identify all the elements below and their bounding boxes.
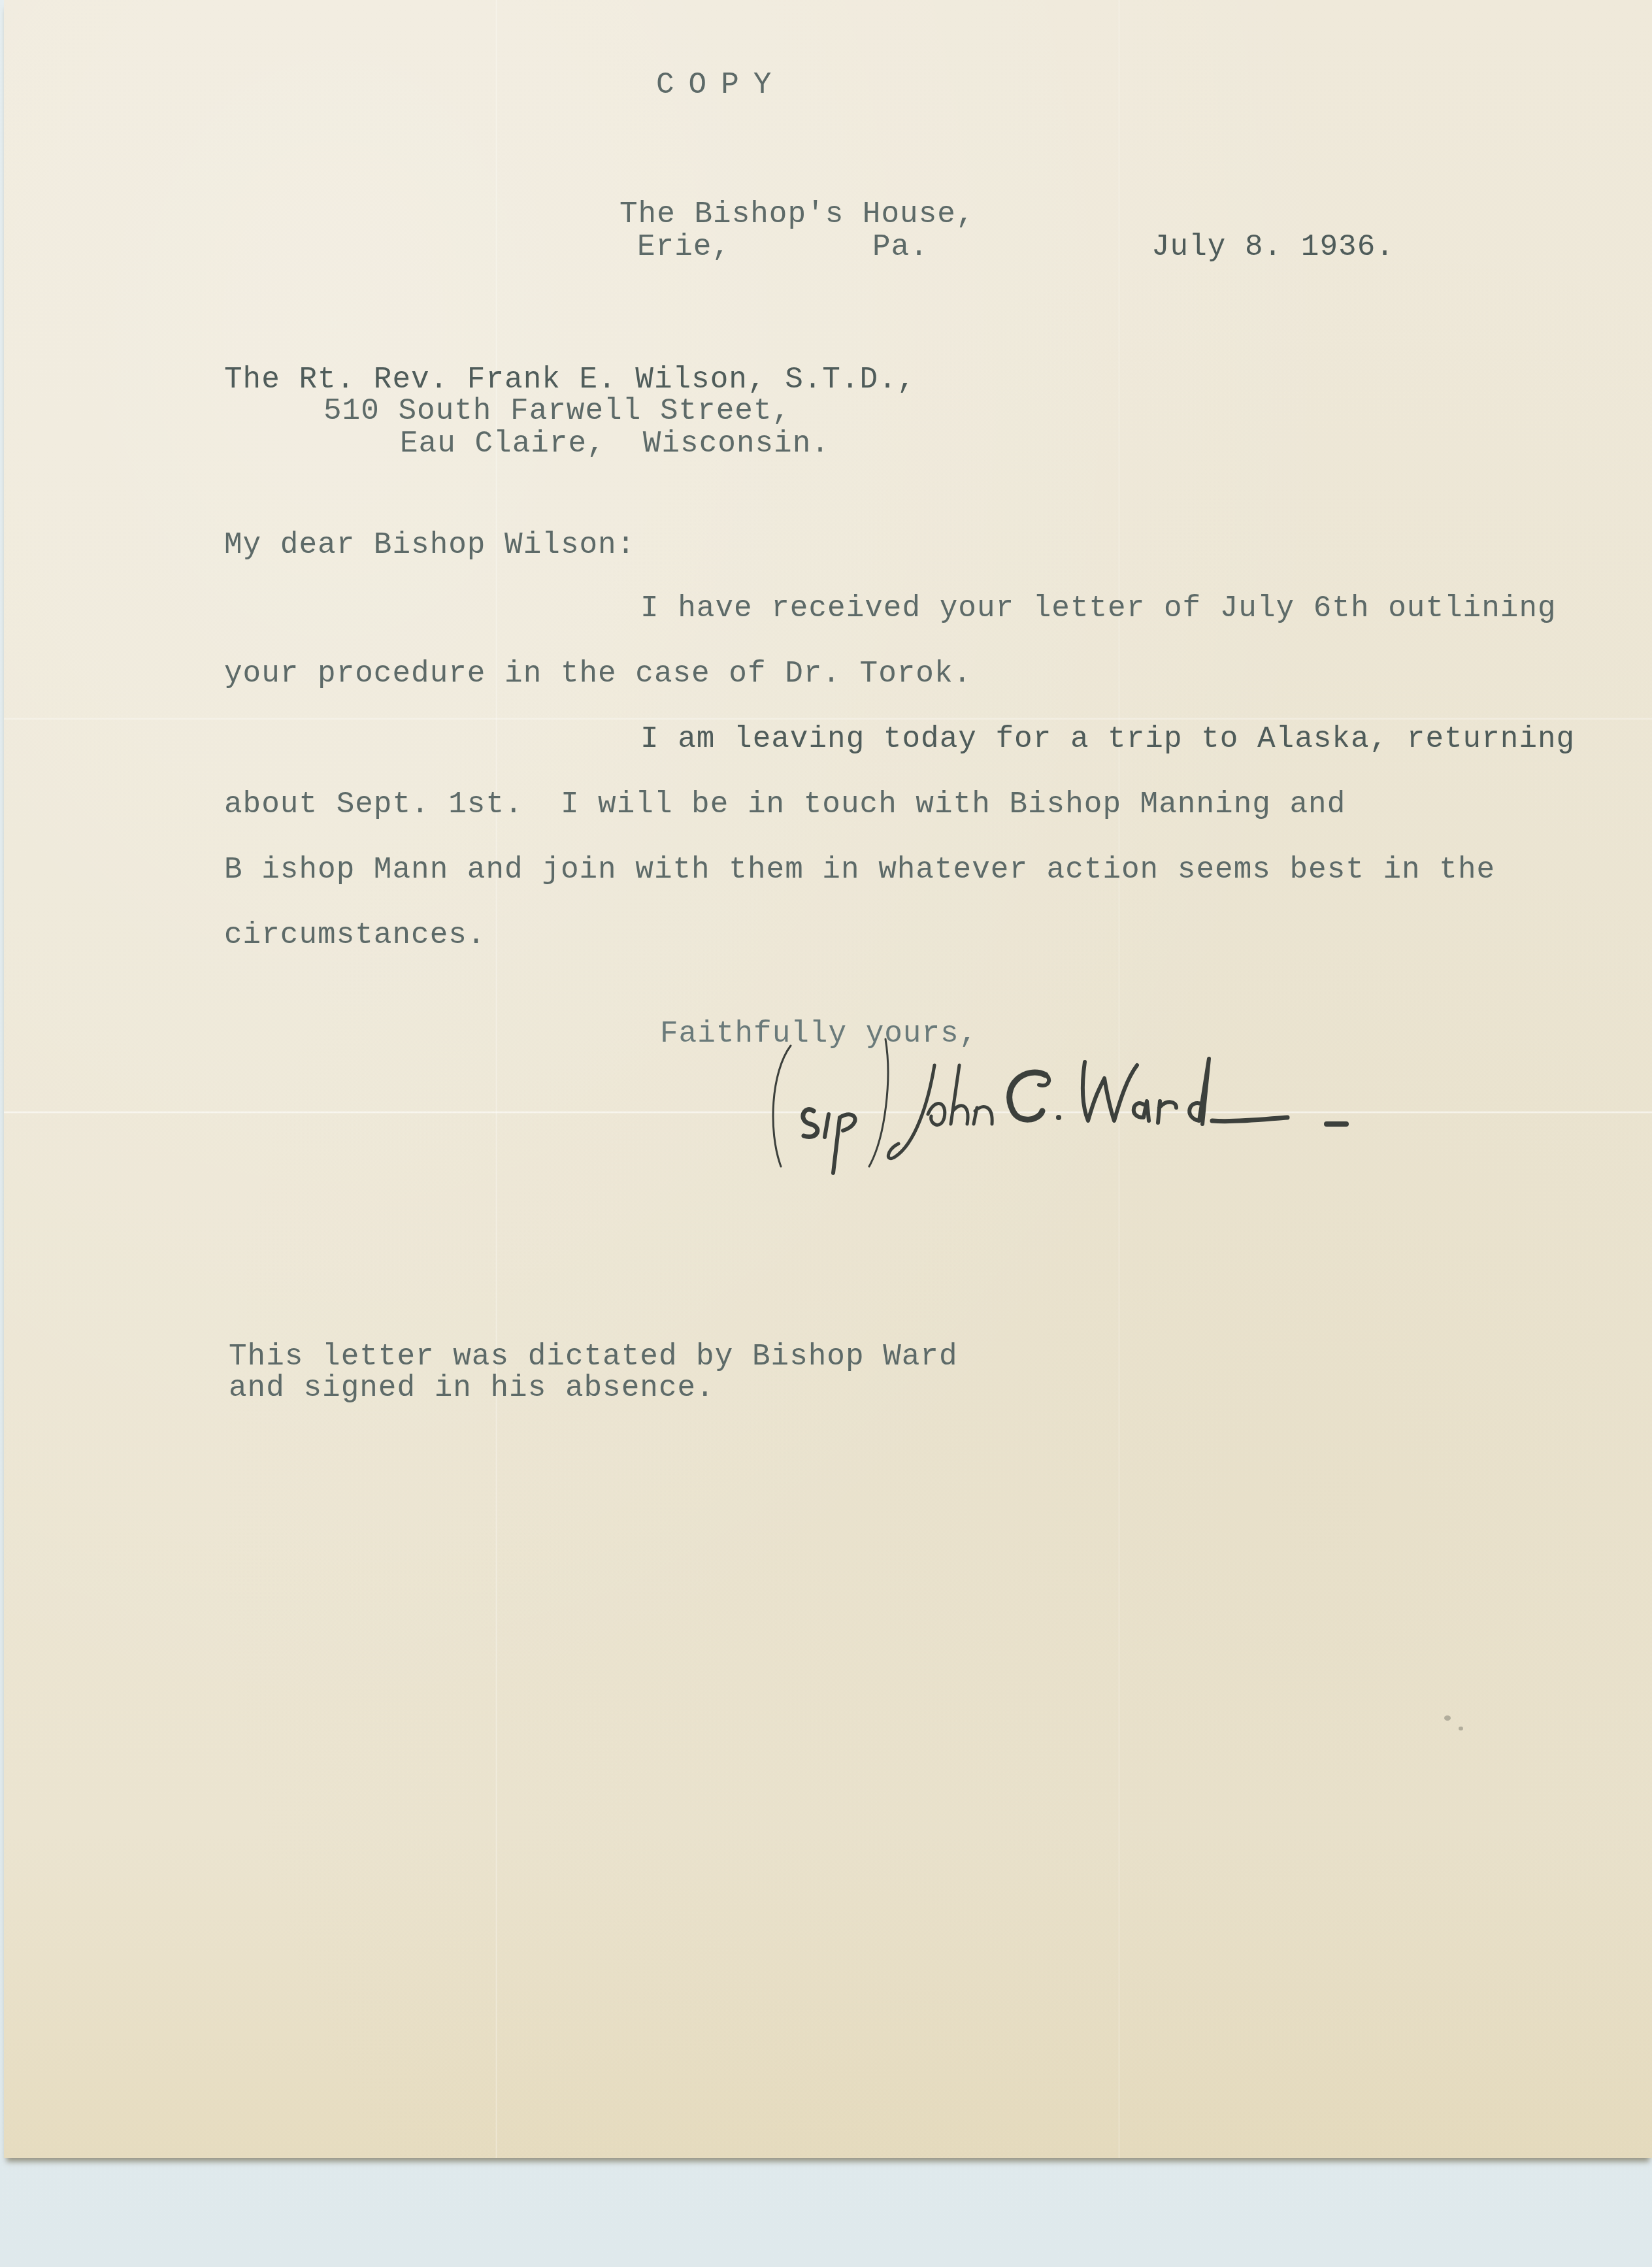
fold-crease-vertical-left xyxy=(495,0,497,2158)
body-paragraph2-line4: circumstances. xyxy=(224,918,486,952)
body-paragraph1-line1: I have received your letter of July 6th … xyxy=(640,591,1557,625)
body-paragraph2-line3: B ishop Mann and join with them in whate… xyxy=(224,853,1495,887)
recipient-street: 510 South Farwell Street, xyxy=(323,394,791,428)
body-paragraph2-line2: about Sept. 1st. I will be in touch with… xyxy=(224,787,1346,821)
footnote-line1: This letter was dictated by Bishop Ward xyxy=(229,1342,958,1372)
paper-blemish xyxy=(1459,1727,1463,1730)
letter-date: July 8. 1936. xyxy=(1151,230,1395,264)
body-paragraph1-line2: your procedure in the case of Dr. Torok. xyxy=(224,657,972,691)
sender-address-line1: The Bishop's House, xyxy=(619,197,975,231)
salutation: My dear Bishop Wilson: xyxy=(224,528,635,562)
copy-mark: COPY xyxy=(656,68,785,102)
body-paragraph2-line1: I am leaving today for a trip to Alaska,… xyxy=(640,722,1575,756)
paper-blemish xyxy=(1444,1715,1451,1721)
recipient-city-state: Eau Claire, Wisconsin. xyxy=(400,427,830,461)
handwritten-signature xyxy=(752,1026,1438,1176)
fold-crease-upper xyxy=(4,718,1652,720)
sender-city: Erie, xyxy=(637,230,731,264)
recipient-name: The Rt. Rev. Frank E. Wilson, S.T.D., xyxy=(224,363,916,397)
footnote-line2: and signed in his absence. xyxy=(229,1373,715,1403)
sender-state: Pa. xyxy=(872,230,929,264)
